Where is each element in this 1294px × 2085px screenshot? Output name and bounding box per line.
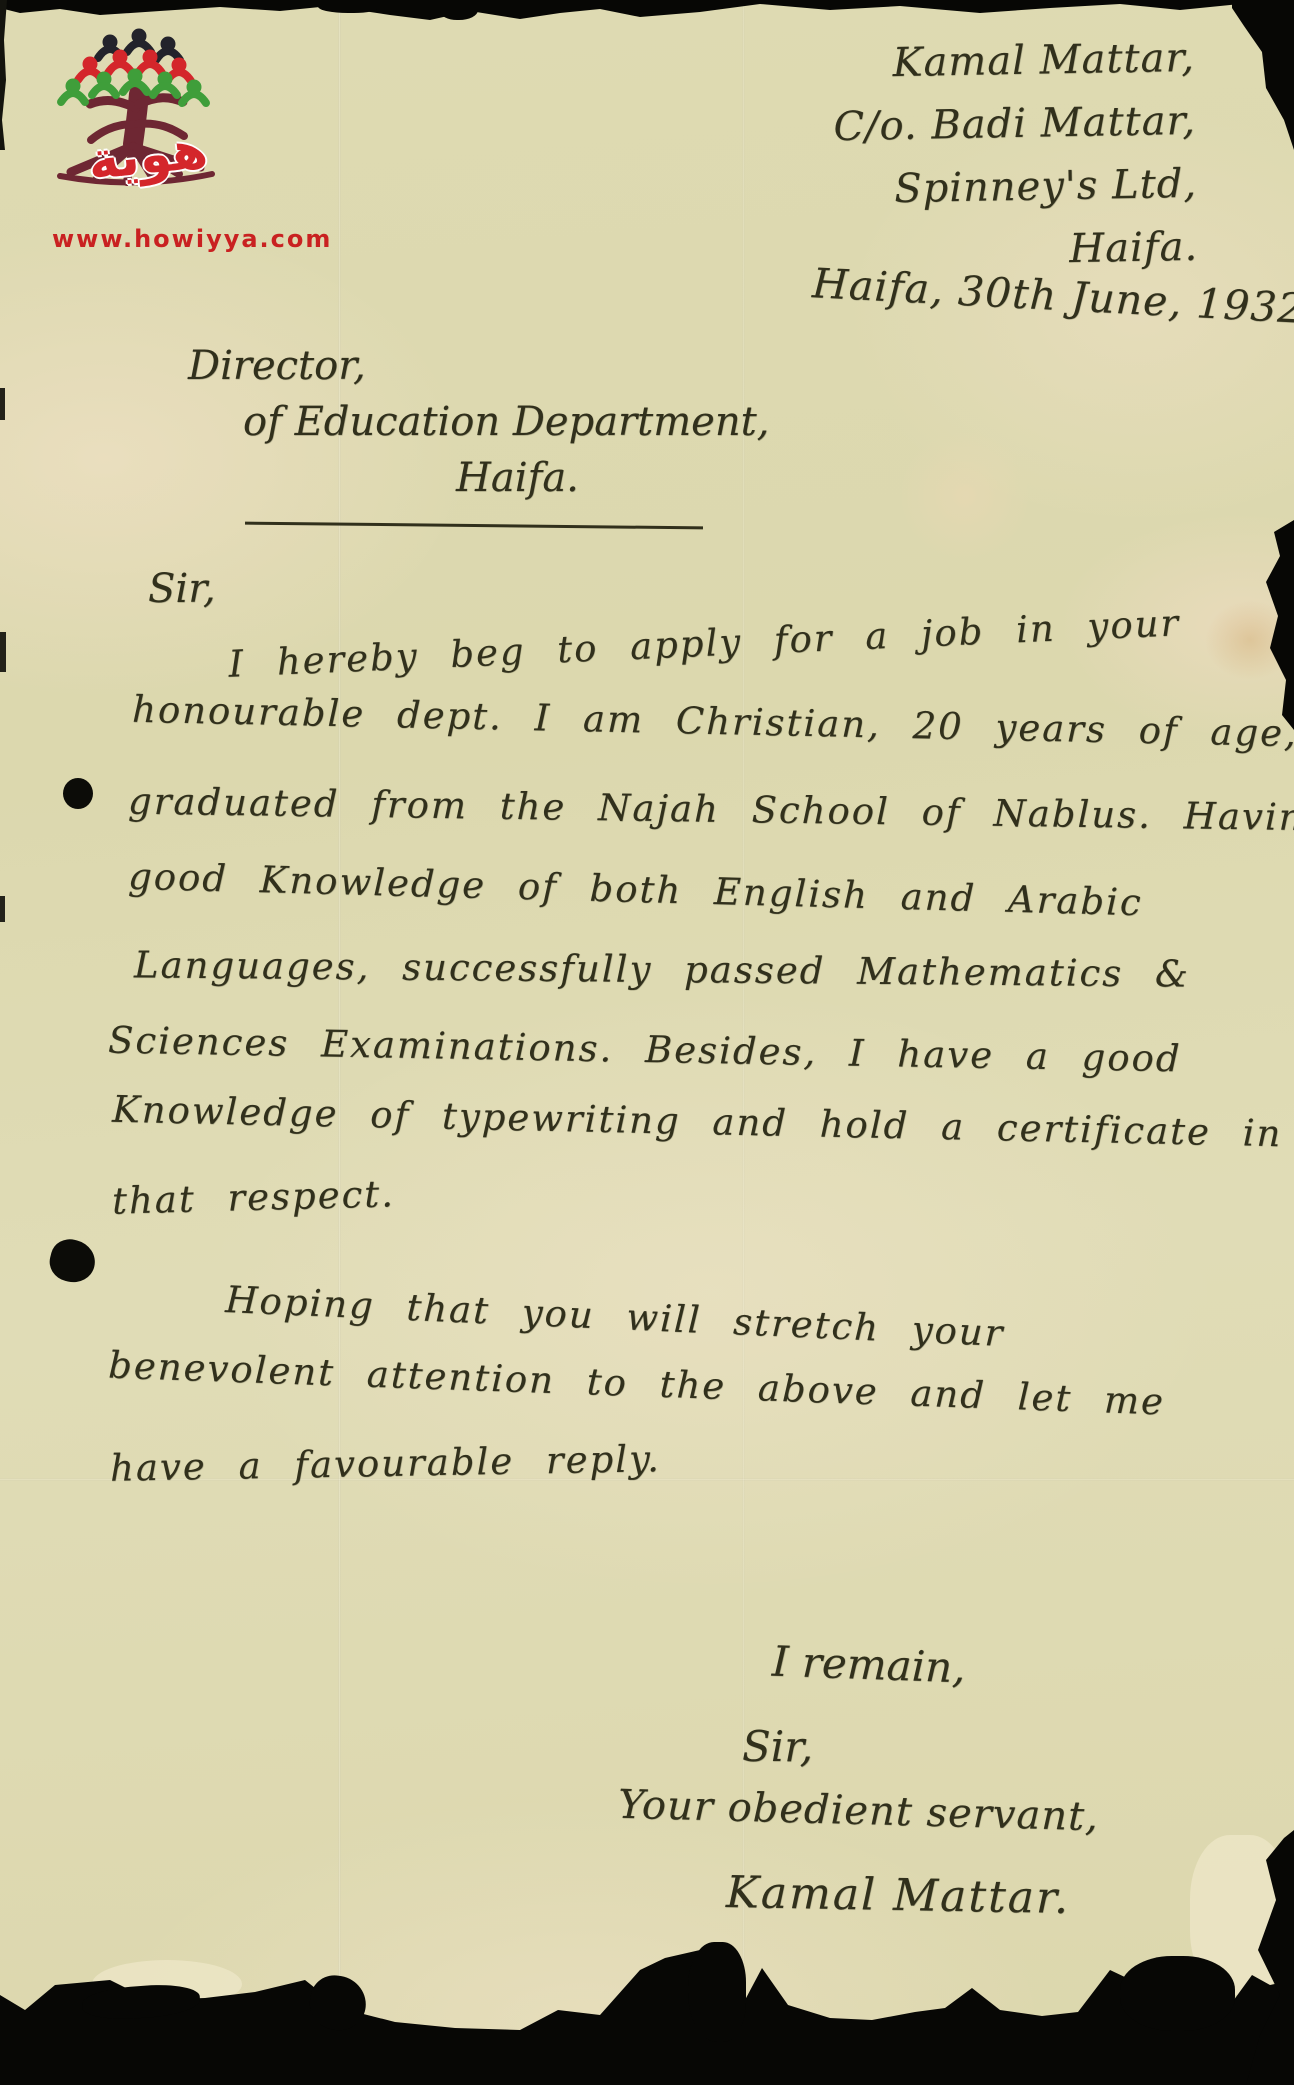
punch-hole [63, 778, 93, 809]
sender-address-block: Kamal Mattar, C/o. Badi Mattar, Spinney'… [831, 27, 1198, 285]
body-line: Languages, successfully passed Mathemati… [134, 943, 1190, 995]
closing-line: I remain, [771, 1637, 966, 1693]
addressee-line: Haifa. [456, 450, 769, 506]
addressee-block: Director, of Education Department, Haifa… [188, 338, 769, 506]
edge-nick [0, 632, 6, 672]
sender-line: Kamal Mattar, [831, 27, 1195, 96]
sender-line: Spinney's Ltd, [834, 153, 1198, 222]
addressee-line: of Education Department, [243, 394, 769, 450]
howiyya-watermark-logo: هوية www.howiyya.com [30, 20, 250, 250]
torn-edge-top [318, 0, 378, 13]
watermark-url-text: www.howiyya.com [52, 225, 332, 253]
closing-line: Sir, [742, 1722, 813, 1771]
signature: Kamal Mattar. [726, 1867, 1071, 1924]
salutation: Sir, [148, 566, 216, 612]
edge-nick [0, 388, 5, 420]
body-line: that respect. [111, 1172, 395, 1222]
edge-nick [0, 896, 5, 922]
sender-line: C/o. Badi Mattar, [832, 90, 1196, 159]
torn-edge-top [440, 0, 478, 20]
arabic-logo-calligraphy: هوية [85, 120, 210, 192]
damage-blob [1120, 1956, 1235, 2031]
addressee-line: Director, [188, 338, 769, 394]
scanned-letter-page: هوية www.howiyya.com Kamal Mattar, C/o. … [0, 0, 1294, 2085]
damage-blob [688, 1942, 746, 2042]
